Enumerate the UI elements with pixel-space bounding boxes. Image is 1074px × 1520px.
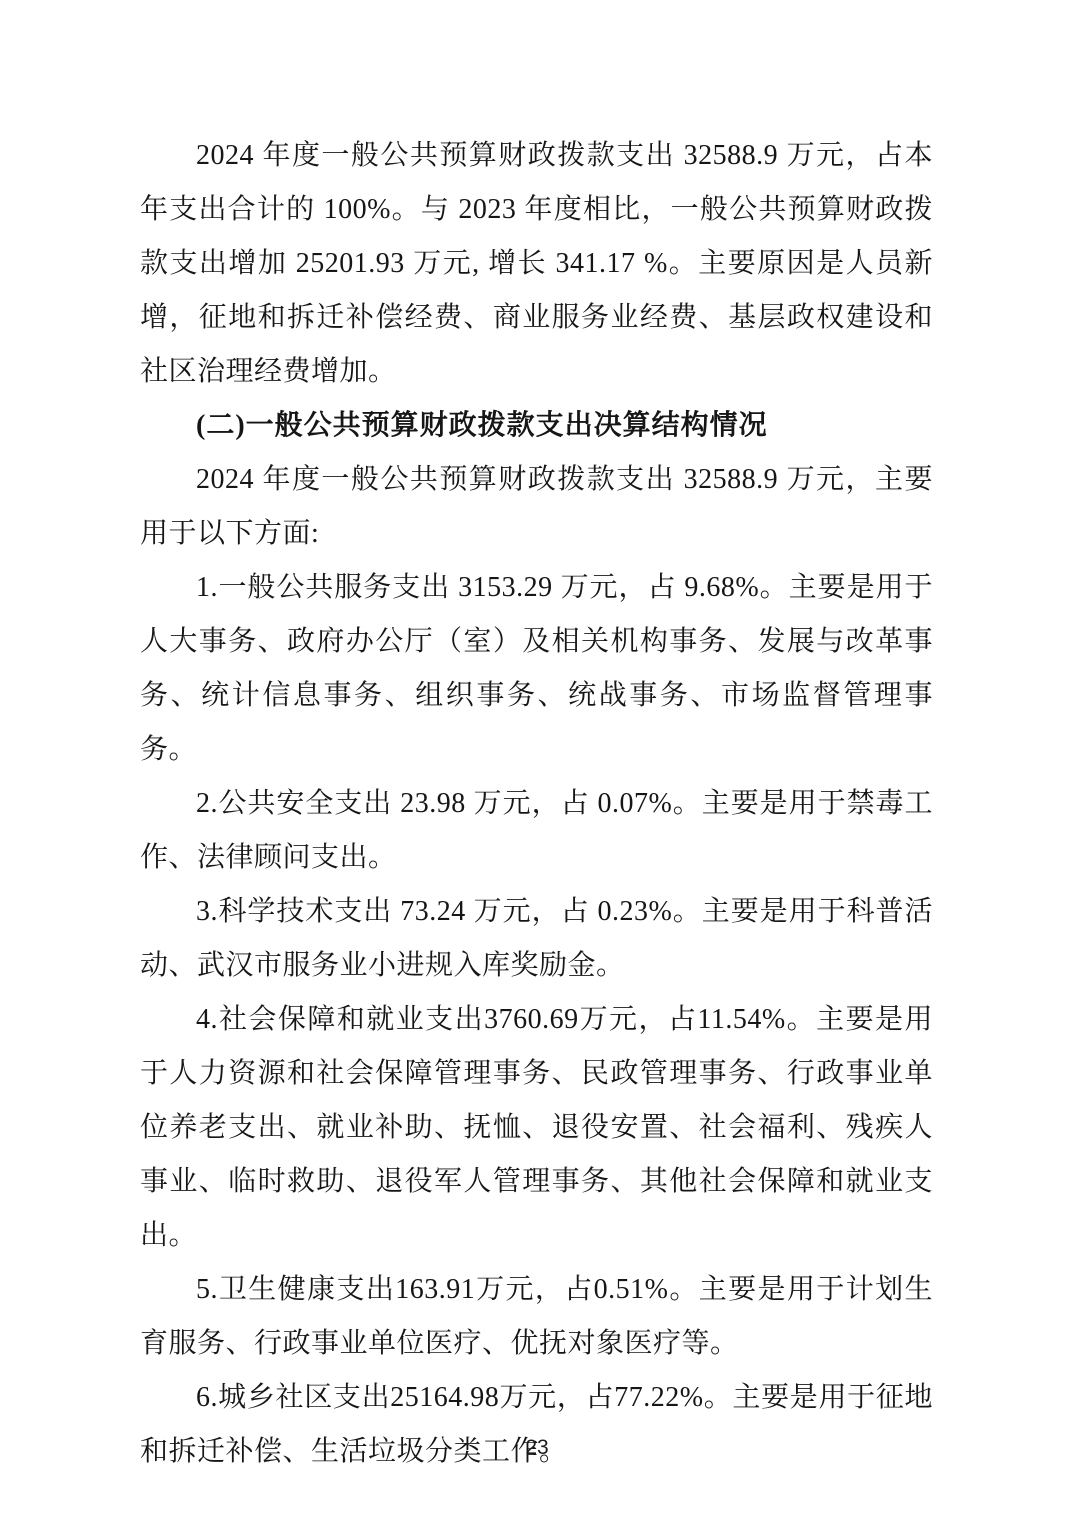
document-page: 2024 年度一般公共预算财政拨款支出 32588.9 万元，占本年支出合计的 … xyxy=(0,0,1074,1520)
list-item-public-safety: 2.公共安全支出 23.98 万元，占 0.07%。主要是用于禁毒工作、法律顾问… xyxy=(140,777,933,885)
list-item-social-security-employment: 4.社会保障和就业支出3760.69万元，占11.54%。主要是用于人力资源和社… xyxy=(140,993,933,1263)
list-item-science-technology: 3.科学技术支出 73.24 万元，占 0.23%。主要是用于科普活动、武汉市服… xyxy=(140,885,933,993)
list-item-health: 5.卫生健康支出163.91万元，占0.51%。主要是用于计划生育服务、行政事业… xyxy=(140,1263,933,1371)
section-heading-expenditure-structure: (二)一般公共预算财政拨款支出决算结构情况 xyxy=(140,399,933,453)
paragraph-structure-intro: 2024 年度一般公共预算财政拨款支出 32588.9 万元，主要用于以下方面: xyxy=(140,453,933,561)
list-item-urban-rural-community: 6.城乡社区支出25164.98万元，占77.22%。主要是用于征地和拆迁补偿、… xyxy=(140,1371,933,1479)
document-body: 2024 年度一般公共预算财政拨款支出 32588.9 万元，占本年支出合计的 … xyxy=(140,129,933,1479)
page-number: 23 xyxy=(0,1436,1074,1460)
paragraph-expenditure-summary: 2024 年度一般公共预算财政拨款支出 32588.9 万元，占本年支出合计的 … xyxy=(140,129,933,399)
list-item-general-public-services: 1.一般公共服务支出 3153.29 万元，占 9.68%。主要是用于人大事务、… xyxy=(140,561,933,777)
